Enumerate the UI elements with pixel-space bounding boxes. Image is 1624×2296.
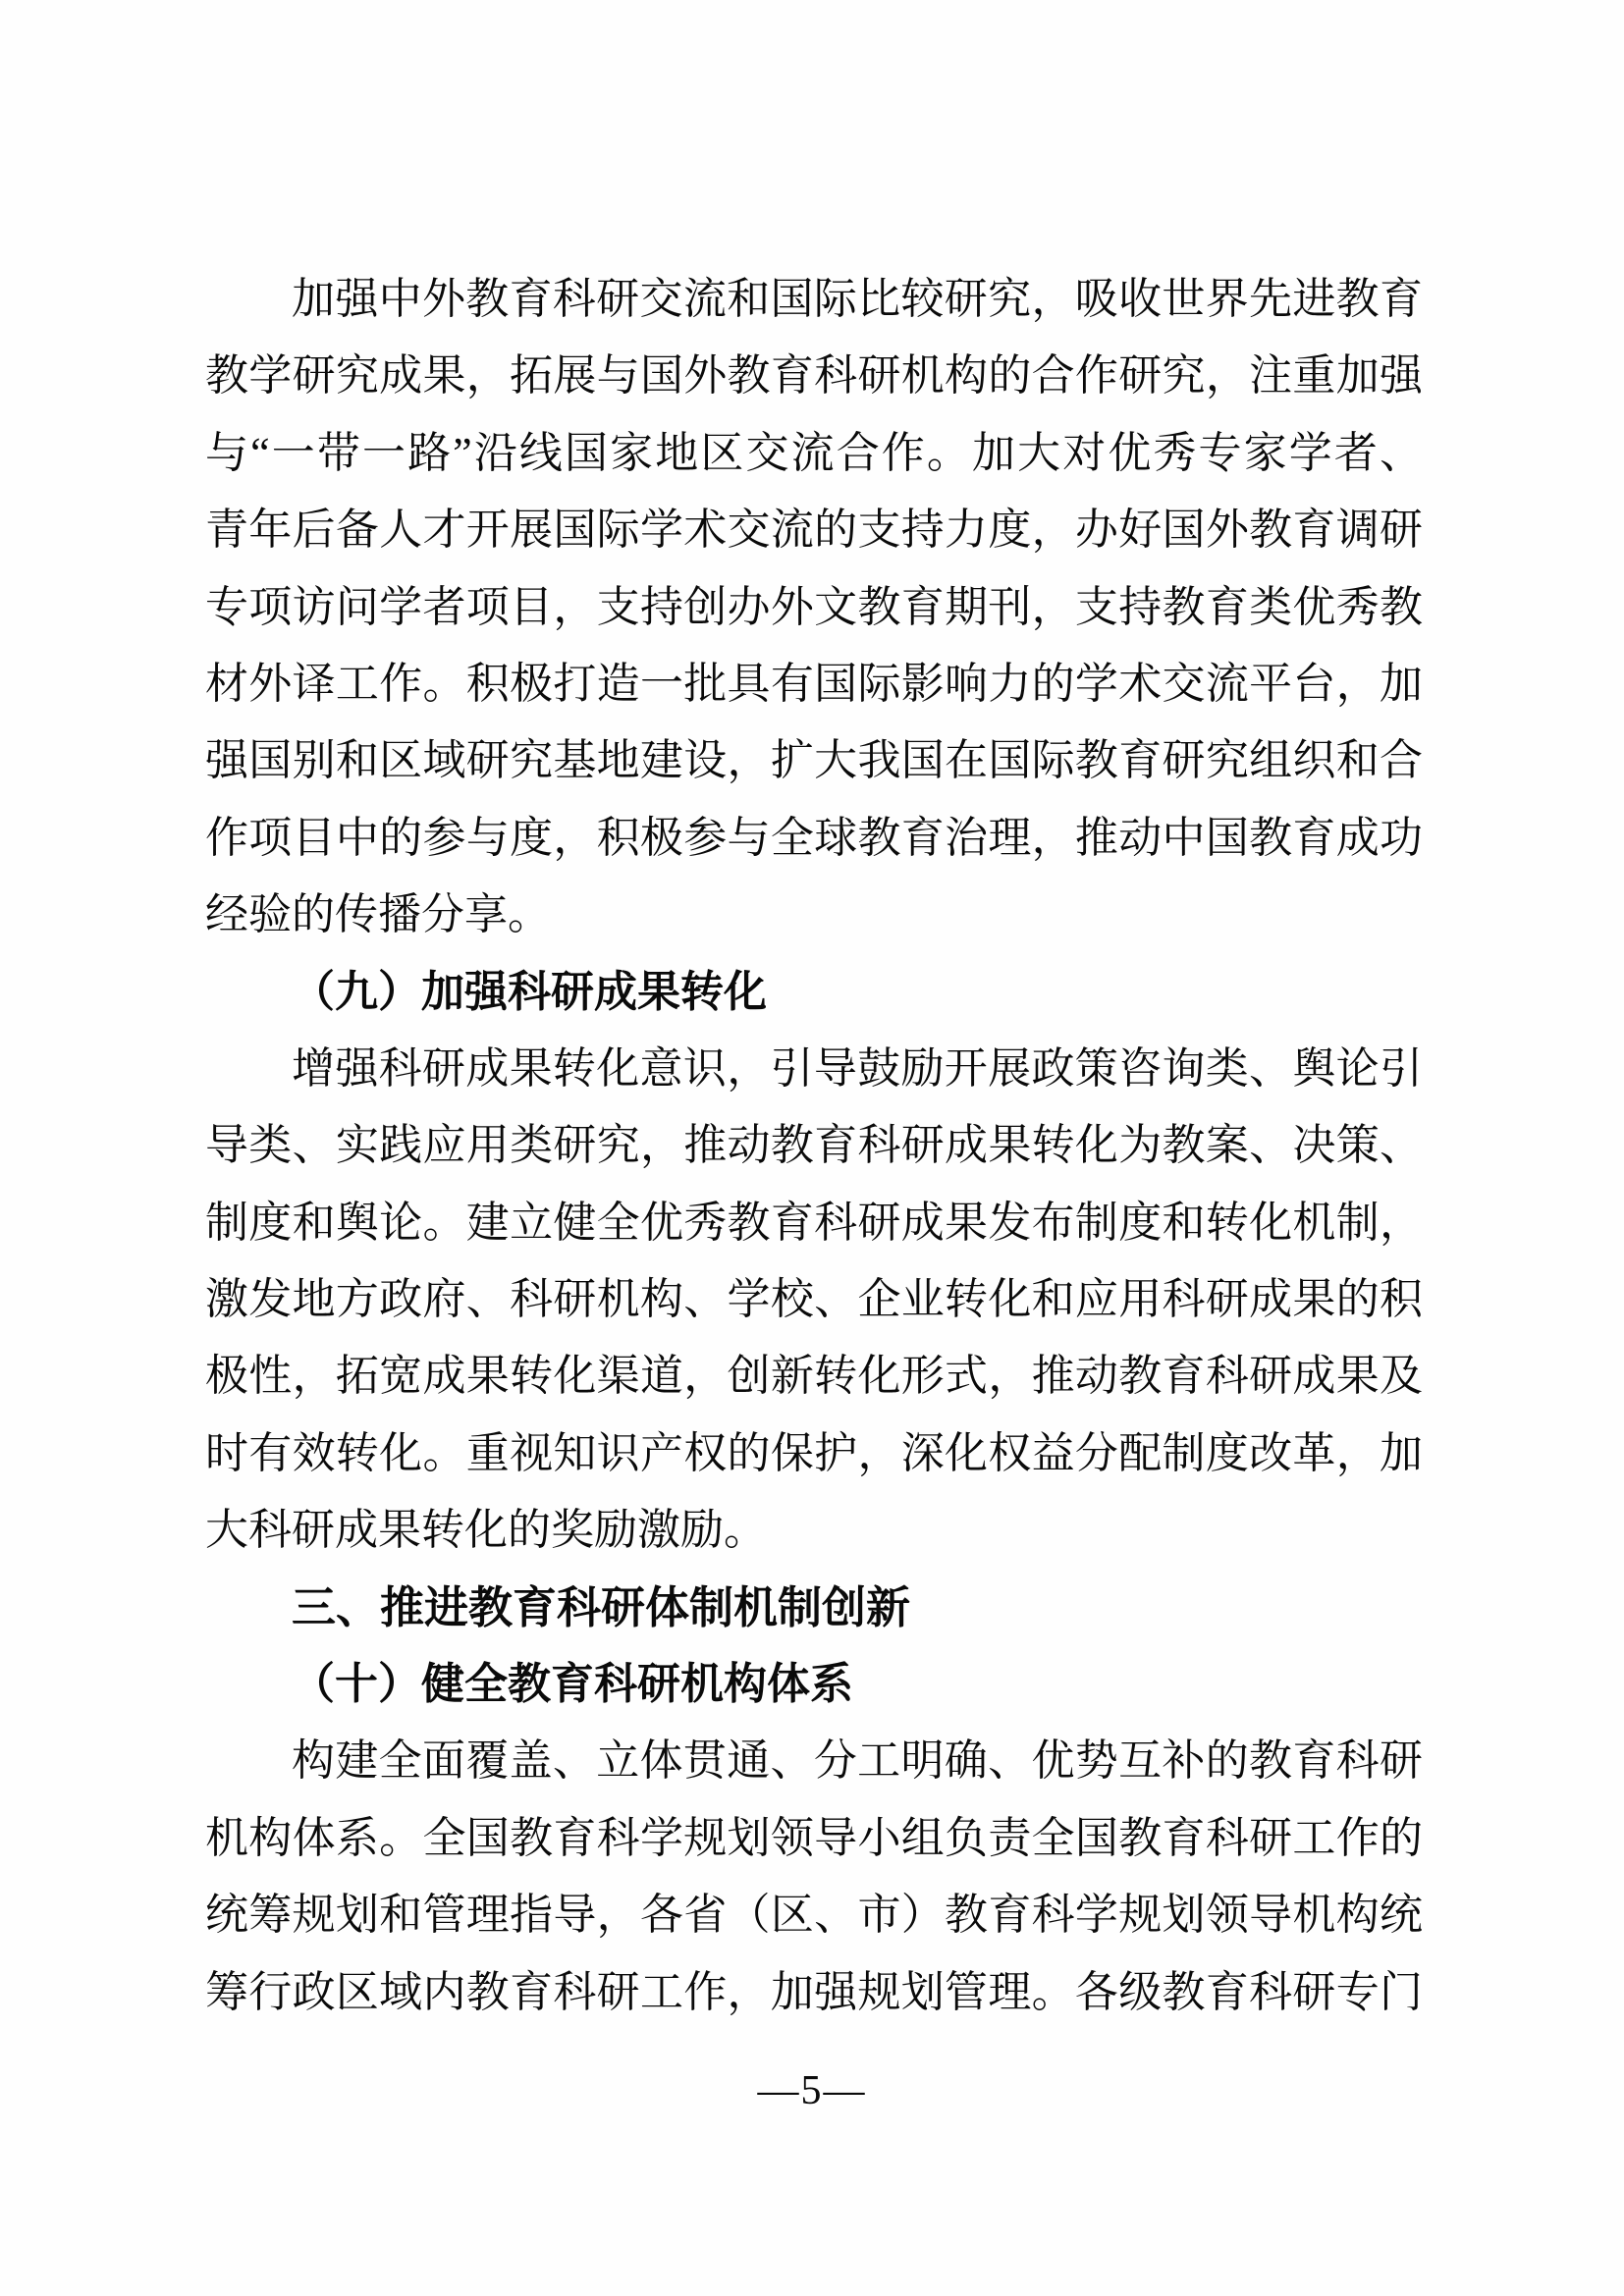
text-line: 统筹规划和管理指导，各省（区、市）教育科学规划领导机构统	[205, 1877, 1423, 1953]
text-line: 教学研究成果，拓展与国外教育科研机构的合作研究，注重加强	[205, 338, 1423, 414]
document-page: 加强中外教育科研交流和国际比较研究，吸收世界先进教育教学研究成果，拓展与国外教育…	[0, 0, 1624, 2296]
text-line: 时有效转化。重视知识产权的保护，深化权益分配制度改革，加	[205, 1415, 1423, 1492]
document-body: 加强中外教育科研交流和国际比较研究，吸收世界先进教育教学研究成果，拓展与国外教育…	[205, 261, 1423, 2031]
text-line: 大科研成果转化的奖励激励。	[205, 1492, 1423, 1569]
page-number: —5—	[0, 2061, 1624, 2120]
text-line: 与“一带一路”沿线国家地区交流合作。加大对优秀专家学者、	[205, 415, 1423, 492]
text-line: 极性，拓宽成果转化渠道，创新转化形式，推动教育科研成果及	[205, 1338, 1423, 1415]
subsection-heading: （十）健全教育科研机构体系	[205, 1646, 1423, 1723]
text-line: 筹行政区域内教育科研工作，加强规划管理。各级教育科研专门	[205, 1954, 1423, 2031]
subsection-heading: （九）加强科研成果转化	[205, 954, 1423, 1031]
text-line: 强国别和区域研究基地建设，扩大我国在国际教育研究组织和合	[205, 722, 1423, 799]
text-line: 增强科研成果转化意识，引导鼓励开展政策咨询类、舆论引	[205, 1031, 1423, 1107]
text-line: 专项访问学者项目，支持创办外文教育期刊，支持教育类优秀教	[205, 569, 1423, 646]
text-line: 作项目中的参与度，积极参与全球教育治理，推动中国教育成功	[205, 800, 1423, 877]
text-line: 青年后备人才开展国际学术交流的支持力度，办好国外教育调研	[205, 492, 1423, 568]
text-line: 经验的传播分享。	[205, 877, 1423, 953]
section-heading: 三、推进教育科研体制机制创新	[205, 1570, 1423, 1646]
text-line: 构建全面覆盖、立体贯通、分工明确、优势互补的教育科研	[205, 1723, 1423, 1799]
text-line: 导类、实践应用类研究，推动教育科研成果转化为教案、决策、	[205, 1107, 1423, 1184]
text-line: 机构体系。全国教育科学规划领导小组负责全国教育科研工作的	[205, 1800, 1423, 1877]
text-line: 激发地方政府、科研机构、学校、企业转化和应用科研成果的积	[205, 1261, 1423, 1338]
text-line: 加强中外教育科研交流和国际比较研究，吸收世界先进教育	[205, 261, 1423, 338]
text-line: 材外译工作。积极打造一批具有国际影响力的学术交流平台，加	[205, 646, 1423, 722]
text-line: 制度和舆论。建立健全优秀教育科研成果发布制度和转化机制，	[205, 1185, 1423, 1261]
